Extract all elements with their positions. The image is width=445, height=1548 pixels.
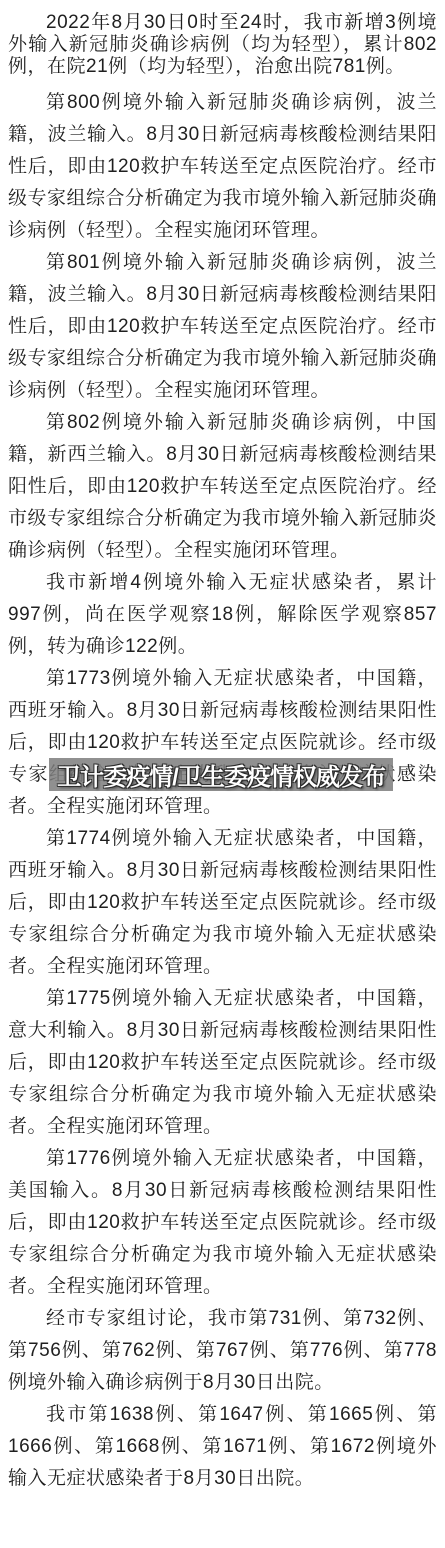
paragraph-case-801: 第801例境外输入新冠肺炎确诊病例，波兰籍，波兰输入。8月30日新冠病毒核酸检测… — [8, 247, 437, 407]
paragraph-case-802: 第802例境外输入新冠肺炎确诊病例，中国籍，新西兰输入。8月30日新冠病毒核酸检… — [8, 407, 437, 567]
paragraph-discharged-confirmed: 经市专家组讨论，我市第731例、第732例、第756例、第762例、第767例、… — [8, 1303, 437, 1399]
paragraph-summary-asymptomatic: 我市新增4例境外输入无症状感染者，累计997例，尚在医学观察18例，解除医学观察… — [8, 567, 437, 663]
paragraph-summary-confirmed: 2022年8月30日0时至24时，我市新增3例境外输入新冠肺炎确诊病例（均为轻型… — [8, 12, 437, 78]
watermark-banner: 卫计委疫情/卫生委疫情权威发布 — [49, 758, 393, 791]
paragraph-case-1773: 第1773例境外输入无症状感染者，中国籍，西班牙输入。8月30日新冠病毒核酸检测… — [8, 663, 437, 823]
watermark-text: 卫计委疫情/卫生委疫情权威发布 — [57, 757, 385, 792]
paragraph-case-1776: 第1776例境外输入无症状感染者，中国籍，美国输入。8月30日新冠病毒核酸检测结… — [8, 1143, 437, 1303]
article-body: 2022年8月30日0时至24时，我市新增3例境外输入新冠肺炎确诊病例（均为轻型… — [0, 0, 445, 1495]
paragraph-case-1774: 第1774例境外输入无症状感染者，中国籍，西班牙输入。8月30日新冠病毒核酸检测… — [8, 823, 437, 983]
paragraph-case-800: 第800例境外输入新冠肺炎确诊病例，波兰籍，波兰输入。8月30日新冠病毒核酸检测… — [8, 87, 437, 247]
paragraph-case-1775: 第1775例境外输入无症状感染者，中国籍，意大利输入。8月30日新冠病毒核酸检测… — [8, 983, 437, 1143]
paragraph-discharged-asymptomatic: 我市第1638例、第1647例、第1665例、第1666例、第1668例、第16… — [8, 1399, 437, 1495]
